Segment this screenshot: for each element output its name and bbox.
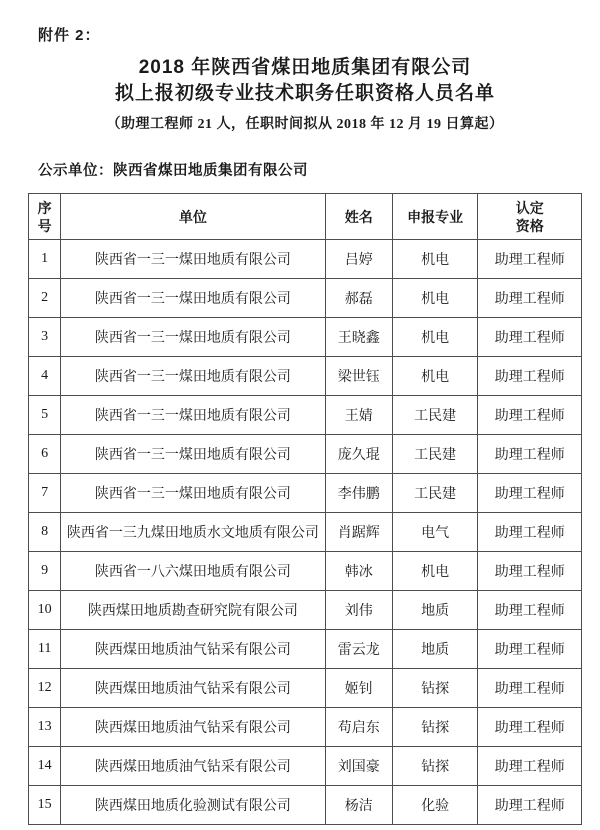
index-cell: 3 — [29, 318, 61, 357]
index-cell: 7 — [29, 474, 61, 513]
name-cell: 王婧 — [325, 396, 392, 435]
name-cell: 庞久琨 — [325, 435, 392, 474]
qualification-cell: 助理工程师 — [478, 474, 582, 513]
table-row: 12陕西煤田地质油气钻采有限公司姬钊钻探助理工程师 — [29, 669, 582, 708]
unit-cell: 陕西省一三一煤田地质有限公司 — [61, 357, 325, 396]
index-cell: 11 — [29, 630, 61, 669]
table-row: 1陕西省一三一煤田地质有限公司吕婷机电助理工程师 — [29, 240, 582, 279]
major-cell: 化验 — [392, 786, 477, 825]
table-body: 1陕西省一三一煤田地质有限公司吕婷机电助理工程师2陕西省一三一煤田地质有限公司郝… — [29, 240, 582, 825]
qualification-cell: 助理工程师 — [478, 552, 582, 591]
table-row: 5陕西省一三一煤田地质有限公司王婧工民建助理工程师 — [29, 396, 582, 435]
table-row: 10陕西煤田地质勘查研究院有限公司刘伟地质助理工程师 — [29, 591, 582, 630]
major-cell: 钻探 — [392, 747, 477, 786]
major-cell: 机电 — [392, 279, 477, 318]
personnel-table: 序 号 单位 姓名 申报专业 认定 资格 1陕西省一三一煤田地质有限公司吕婷机电… — [28, 193, 582, 825]
index-cell: 15 — [29, 786, 61, 825]
unit-cell: 陕西省一三一煤田地质有限公司 — [61, 396, 325, 435]
major-cell: 钻探 — [392, 669, 477, 708]
attachment-label: 附件 2： — [38, 24, 582, 45]
unit-cell: 陕西煤田地质油气钻采有限公司 — [61, 747, 325, 786]
table-row: 4陕西省一三一煤田地质有限公司梁世钰机电助理工程师 — [29, 357, 582, 396]
table-row: 13陕西煤田地质油气钻采有限公司苟启东钻探助理工程师 — [29, 708, 582, 747]
name-cell: 梁世钰 — [325, 357, 392, 396]
name-cell: 吕婷 — [325, 240, 392, 279]
title-line-2: 拟上报初级专业技术职务任职资格人员名单 — [28, 81, 582, 107]
index-cell: 5 — [29, 396, 61, 435]
table-row: 6陕西省一三一煤田地质有限公司庞久琨工民建助理工程师 — [29, 435, 582, 474]
index-cell: 14 — [29, 747, 61, 786]
publisher-line: 公示单位：陕西省煤田地质集团有限公司 — [38, 159, 582, 180]
major-cell: 地质 — [392, 630, 477, 669]
name-cell: 苟启东 — [325, 708, 392, 747]
qualification-cell: 助理工程师 — [478, 435, 582, 474]
major-cell: 机电 — [392, 318, 477, 357]
name-cell: 韩冰 — [325, 552, 392, 591]
table-row: 11陕西煤田地质油气钻采有限公司雷云龙地质助理工程师 — [29, 630, 582, 669]
table-row: 3陕西省一三一煤田地质有限公司王晓鑫机电助理工程师 — [29, 318, 582, 357]
index-cell: 8 — [29, 513, 61, 552]
major-cell: 工民建 — [392, 396, 477, 435]
name-cell: 李伟鹏 — [325, 474, 392, 513]
major-cell: 机电 — [392, 240, 477, 279]
table-header-row: 序 号 单位 姓名 申报专业 认定 资格 — [29, 194, 582, 240]
document-title: 2018 年陕西省煤田地质集团有限公司 拟上报初级专业技术职务任职资格人员名单 — [28, 55, 582, 107]
index-cell: 13 — [29, 708, 61, 747]
title-line-1: 2018 年陕西省煤田地质集团有限公司 — [28, 55, 582, 81]
unit-cell: 陕西省一三九煤田地质水文地质有限公司 — [61, 513, 325, 552]
qualification-cell: 助理工程师 — [478, 357, 582, 396]
name-cell: 刘伟 — [325, 591, 392, 630]
major-cell: 电气 — [392, 513, 477, 552]
index-cell: 1 — [29, 240, 61, 279]
major-cell: 工民建 — [392, 474, 477, 513]
unit-cell: 陕西煤田地质油气钻采有限公司 — [61, 630, 325, 669]
table-row: 8陕西省一三九煤田地质水文地质有限公司肖踞辉电气助理工程师 — [29, 513, 582, 552]
unit-cell: 陕西省一三一煤田地质有限公司 — [61, 240, 325, 279]
index-cell: 4 — [29, 357, 61, 396]
header-major: 申报专业 — [392, 194, 477, 240]
header-qualification: 认定 资格 — [478, 194, 582, 240]
table-row: 7陕西省一三一煤田地质有限公司李伟鹏工民建助理工程师 — [29, 474, 582, 513]
unit-cell: 陕西煤田地质化验测试有限公司 — [61, 786, 325, 825]
name-cell: 王晓鑫 — [325, 318, 392, 357]
unit-cell: 陕西煤田地质油气钻采有限公司 — [61, 708, 325, 747]
index-cell: 2 — [29, 279, 61, 318]
unit-cell: 陕西煤田地质勘查研究院有限公司 — [61, 591, 325, 630]
qualification-cell: 助理工程师 — [478, 240, 582, 279]
name-cell: 肖踞辉 — [325, 513, 392, 552]
name-cell: 雷云龙 — [325, 630, 392, 669]
unit-cell: 陕西省一三一煤田地质有限公司 — [61, 474, 325, 513]
table-row: 2陕西省一三一煤田地质有限公司郝磊机电助理工程师 — [29, 279, 582, 318]
table-row: 14陕西煤田地质油气钻采有限公司刘国豪钻探助理工程师 — [29, 747, 582, 786]
name-cell: 刘国豪 — [325, 747, 392, 786]
qualification-cell: 助理工程师 — [478, 747, 582, 786]
major-cell: 机电 — [392, 552, 477, 591]
qualification-cell: 助理工程师 — [478, 591, 582, 630]
name-cell: 杨洁 — [325, 786, 392, 825]
table-row: 9陕西省一八六煤田地质有限公司韩冰机电助理工程师 — [29, 552, 582, 591]
header-index: 序 号 — [29, 194, 61, 240]
header-unit: 单位 — [61, 194, 325, 240]
table-row: 15陕西煤田地质化验测试有限公司杨洁化验助理工程师 — [29, 786, 582, 825]
qualification-cell: 助理工程师 — [478, 786, 582, 825]
qualification-cell: 助理工程师 — [478, 396, 582, 435]
unit-cell: 陕西省一三一煤田地质有限公司 — [61, 435, 325, 474]
header-name: 姓名 — [325, 194, 392, 240]
unit-cell: 陕西煤田地质油气钻采有限公司 — [61, 669, 325, 708]
document-subtitle: （助理工程师 21 人，任职时间拟从 2018 年 12 月 19 日算起） — [28, 113, 582, 133]
qualification-cell: 助理工程师 — [478, 669, 582, 708]
major-cell: 钻探 — [392, 708, 477, 747]
unit-cell: 陕西省一八六煤田地质有限公司 — [61, 552, 325, 591]
unit-cell: 陕西省一三一煤田地质有限公司 — [61, 279, 325, 318]
qualification-cell: 助理工程师 — [478, 708, 582, 747]
name-cell: 郝磊 — [325, 279, 392, 318]
qualification-cell: 助理工程师 — [478, 279, 582, 318]
qualification-cell: 助理工程师 — [478, 630, 582, 669]
unit-cell: 陕西省一三一煤田地质有限公司 — [61, 318, 325, 357]
qualification-cell: 助理工程师 — [478, 513, 582, 552]
major-cell: 工民建 — [392, 435, 477, 474]
index-cell: 6 — [29, 435, 61, 474]
index-cell: 12 — [29, 669, 61, 708]
qualification-cell: 助理工程师 — [478, 318, 582, 357]
major-cell: 机电 — [392, 357, 477, 396]
document-page: 附件 2： 2018 年陕西省煤田地质集团有限公司 拟上报初级专业技术职务任职资… — [0, 0, 600, 830]
name-cell: 姬钊 — [325, 669, 392, 708]
index-cell: 10 — [29, 591, 61, 630]
index-cell: 9 — [29, 552, 61, 591]
major-cell: 地质 — [392, 591, 477, 630]
